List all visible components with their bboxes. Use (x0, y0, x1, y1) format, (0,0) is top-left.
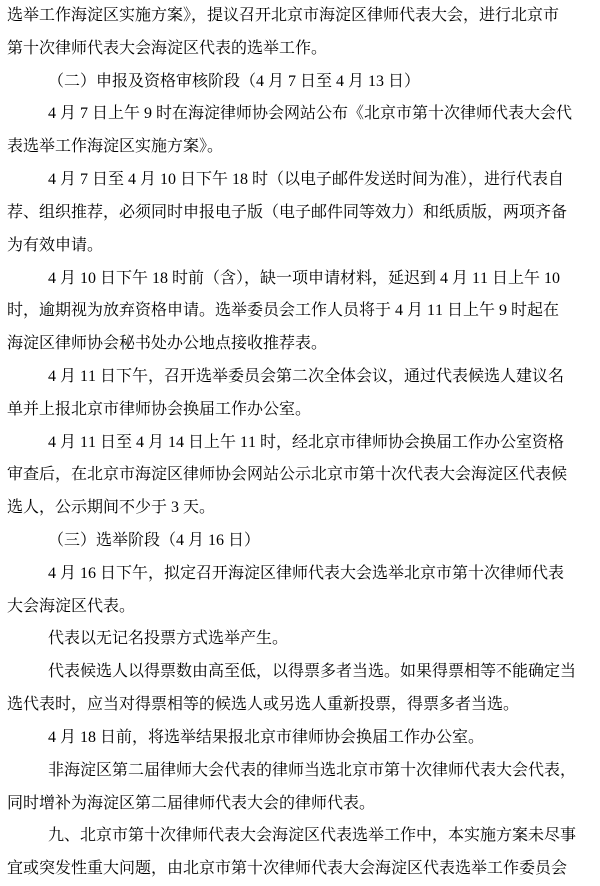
text-line: 单并上报北京市律师协会换届工作办公室。 (0, 394, 600, 427)
text-line: （三）选举阶段（4 月 16 日） (0, 525, 600, 558)
text-line: 同时增补为海淀区第二届律师代表大会的律师代表。 (0, 788, 600, 821)
text-line: 4 月 16 日下午，拟定召开海淀区律师代表大会选举北京市第十次律师代表 (0, 558, 600, 591)
text-line: 4 月 11 日下午，召开选举委员会第二次全体会议，通过代表候选人建议名 (0, 361, 600, 394)
text-line: 海淀区律师协会秘书处办公地点接收推荐表。 (0, 328, 600, 361)
text-line: 选举工作海淀区实施方案》，提议召开北京市海淀区律师代表大会，进行北京市 (0, 0, 600, 33)
text-line: 代表以无记名投票方式选举产生。 (0, 623, 600, 656)
text-line: 选人，公示期间不少于 3 天。 (0, 492, 600, 525)
text-line: 4 月 7 日上午 9 时在海淀律师协会网站公布《北京市第十次律师代表大会代 (0, 98, 600, 131)
text-line: 4 月 7 日至 4 月 10 日下午 18 时（以电子邮件发送时间为准），进行… (0, 164, 600, 197)
document-body: 选举工作海淀区实施方案》，提议召开北京市海淀区律师代表大会，进行北京市第十次律师… (0, 0, 600, 886)
text-line: 为有效申请。 (0, 230, 600, 263)
document-page: 选举工作海淀区实施方案》，提议召开北京市海淀区律师代表大会，进行北京市第十次律师… (0, 0, 600, 886)
text-line: 非海淀区第二届律师大会代表的律师当选北京市第十次律师代表大会代表， (0, 755, 600, 788)
text-line: 4 月 10 日下午 18 时前（含），缺一项申请材料，延迟到 4 月 11 日… (0, 263, 600, 296)
text-line: 4 月 18 日前，将选举结果报北京市律师协会换届工作办公室。 (0, 722, 600, 755)
text-line: 审查后，在北京市海淀区律师协会网站公示北京市第十次代表大会海淀区代表候 (0, 459, 600, 492)
text-line: 4 月 11 日至 4 月 14 日上午 11 时，经北京市律师协会换届工作办公… (0, 427, 600, 460)
text-line: 宜或突发性重大问题，由北京市第十次律师代表大会海淀区代表选举工作委员会 (0, 853, 600, 886)
text-line: 表选举工作海淀区实施方案》。 (0, 131, 600, 164)
text-line: 第十次律师代表大会海淀区代表的选举工作。 (0, 33, 600, 66)
text-line: 代表候选人以得票数由高至低，以得票多者当选。如果得票相等不能确定当 (0, 656, 600, 689)
text-line: 九、北京市第十次律师代表大会海淀区代表选举工作中，本实施方案未尽事 (0, 820, 600, 853)
text-line: （二）申报及资格审核阶段（4 月 7 日至 4 月 13 日） (0, 66, 600, 99)
text-line: 时，逾期视为放弃资格申请。选举委员会工作人员将于 4 月 11 日上午 9 时起… (0, 295, 600, 328)
text-line: 荐、组织推荐，必须同时申报电子版（电子邮件同等效力）和纸质版，两项齐备 (0, 197, 600, 230)
text-line: 选代表时，应当对得票相等的候选人或另选人重新投票，得票多者当选。 (0, 689, 600, 722)
text-line: 大会海淀区代表。 (0, 591, 600, 624)
